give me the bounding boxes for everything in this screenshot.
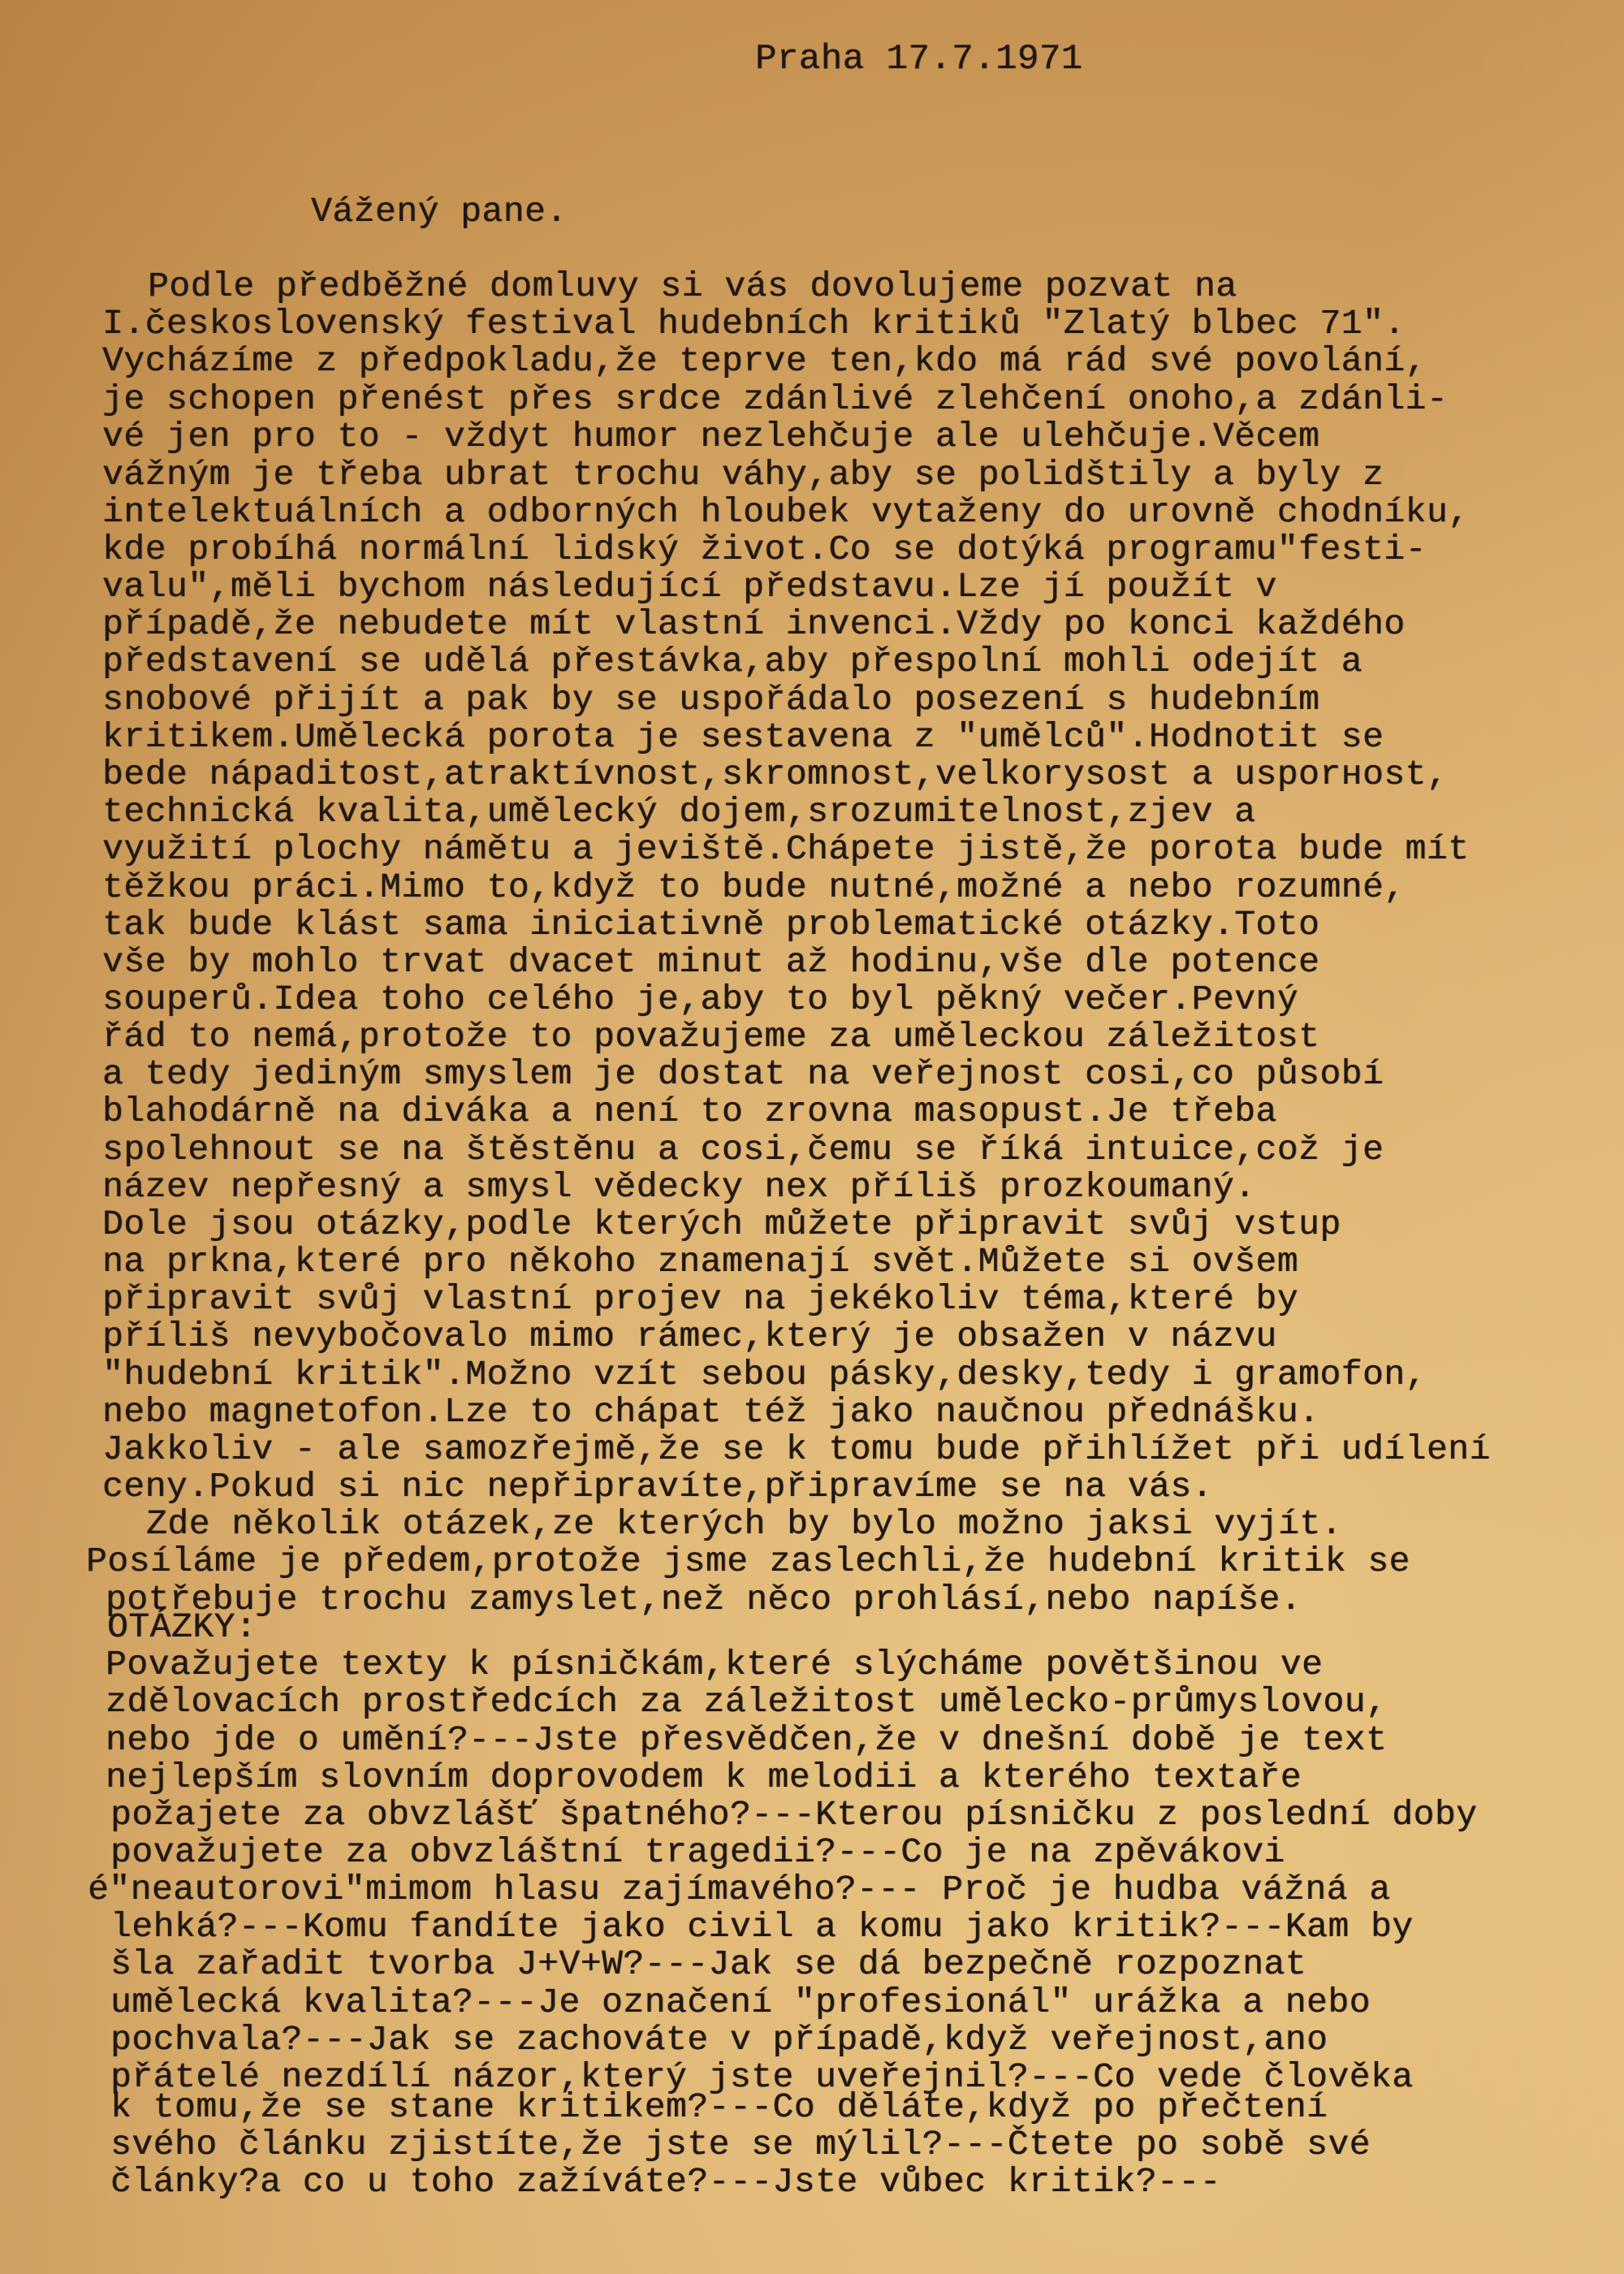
body-line: potřebuje trochu zamyslet,než něco prohl… bbox=[106, 1581, 1302, 1619]
body-line: představení se udělá přestávka,aby přesp… bbox=[102, 643, 1363, 681]
body-line: vážným je třeba ubrat trochu váhy,aby se… bbox=[102, 456, 1384, 494]
body-line: ceny.Pokud si nic nepřipravíte,připravím… bbox=[102, 1468, 1213, 1506]
question-line: požajete za obvzlášť špatného?---Kterou … bbox=[110, 1796, 1477, 1834]
body-line: Zde několik otázek,ze kterých by bylo mo… bbox=[146, 1506, 1342, 1543]
body-line: Jakkoliv - ale samozřejmě,že se k tomu b… bbox=[102, 1431, 1491, 1468]
body-line: připravit svůj vlastní projev na jekékol… bbox=[102, 1281, 1298, 1318]
body-line: souperů.Idea toho celého je,aby to byl p… bbox=[102, 981, 1298, 1018]
body-line: tak bude klást sama iniciativně problema… bbox=[102, 906, 1319, 944]
letter-date: Praha 17.7.1971 bbox=[755, 41, 1083, 78]
body-line: nebo magnetofon.Lze to chápat též jako n… bbox=[102, 1394, 1319, 1431]
questions-heading: OTÁZKY: bbox=[107, 1609, 257, 1646]
body-line: technická kvalita,umělecký dojem,srozumi… bbox=[102, 793, 1255, 831]
body-line: spolehnout se na štěstěnu a cosi,čemu se… bbox=[102, 1131, 1384, 1169]
question-line: lehká?---Komu fandíte jako civil a komu … bbox=[110, 1909, 1414, 1946]
body-line: je schopen přenést přes srdce zdánlivé z… bbox=[102, 381, 1448, 418]
body-line: Podle předběžné domluvy si vás dovolujem… bbox=[148, 268, 1237, 305]
body-line: využití plochy námětu a jeviště.Chápete … bbox=[102, 831, 1469, 868]
question-line: umělecká kvalita?---Je označení "profesi… bbox=[110, 1984, 1371, 2021]
question-line: svého článku zjistíte,že jste se mýlil?-… bbox=[110, 2126, 1371, 2164]
body-line: řád to nemá,protože to považujeme za umě… bbox=[102, 1018, 1319, 1056]
body-line: na prkna,které pro někoho znamenají svět… bbox=[102, 1243, 1298, 1281]
body-line: snobové přijít a pak by se uspořádalo po… bbox=[102, 681, 1319, 719]
body-line: a tedy jediným smyslem je dostat na veře… bbox=[102, 1056, 1384, 1093]
body-line: vše by mohlo trvat dvacet minut až hodin… bbox=[102, 944, 1319, 981]
body-line: valu",měli bychom následující představu.… bbox=[102, 568, 1277, 606]
body-line: kde probíhá normální lidský život.Co se … bbox=[102, 531, 1427, 568]
question-line: šla zařadit tvorba J+V+W?---Jak se dá be… bbox=[110, 1946, 1307, 1983]
question-line: k tomu,že se stane kritikem?---Co děláte… bbox=[110, 2089, 1328, 2126]
question-line: nejlepším slovním doprovodem k melodii a… bbox=[106, 1759, 1302, 1796]
question-line: zdělovacích prostředcích za záležitost u… bbox=[106, 1684, 1387, 1721]
body-line: kritikem.Umělecká porota je sestavena z … bbox=[102, 719, 1384, 756]
body-line: Posíláme je předem,protože jsme zaslechl… bbox=[86, 1543, 1410, 1580]
question-line: é"neautorovi"mimom hlasu zajímavého?--- … bbox=[88, 1871, 1391, 1909]
body-line: název nepřesný a smysl vědecky nex příli… bbox=[102, 1169, 1255, 1206]
question-line: Považujete texty k písničkám,které slých… bbox=[106, 1646, 1323, 1684]
body-line: I.československý festival hudebních krit… bbox=[102, 305, 1406, 343]
body-line: intelektuálních a odborných hloubek vyta… bbox=[102, 494, 1469, 531]
question-line: nebo jde o umění?---Jste přesvědčen,že v… bbox=[106, 1722, 1387, 1759]
body-line: těžkou práci.Mimo to,když to bude nutné,… bbox=[102, 869, 1406, 906]
body-line: bede nápaditost,atraktívnost,skromnost,v… bbox=[102, 756, 1448, 793]
body-line: "hudební kritik".Možno vzít sebou pásky,… bbox=[102, 1356, 1427, 1394]
body-line: blahodárně na diváka a není to zrovna ma… bbox=[102, 1093, 1277, 1131]
body-line: příliš nevybočovalo mimo rámec,který je … bbox=[102, 1318, 1277, 1355]
body-line: Vycházíme z předpokladu,že teprve ten,kd… bbox=[102, 343, 1427, 380]
body-line: vé jen pro to - vždyt humor nezlehčuje a… bbox=[102, 418, 1319, 456]
question-line: pochvala?---Jak se zachováte v případě,k… bbox=[110, 2021, 1328, 2059]
body-line: Dole jsou otázky,podle kterých můžete př… bbox=[102, 1206, 1341, 1243]
question-line: články?a co u toho zažíváte?---Jste vůbe… bbox=[110, 2164, 1221, 2201]
body-line: případě,že nebudete mít vlastní invenci.… bbox=[102, 606, 1406, 643]
question-line: považujete za obvzláštní tragedii?---Co … bbox=[110, 1834, 1285, 1871]
letter-salutation: Vážený pane. bbox=[311, 193, 568, 231]
